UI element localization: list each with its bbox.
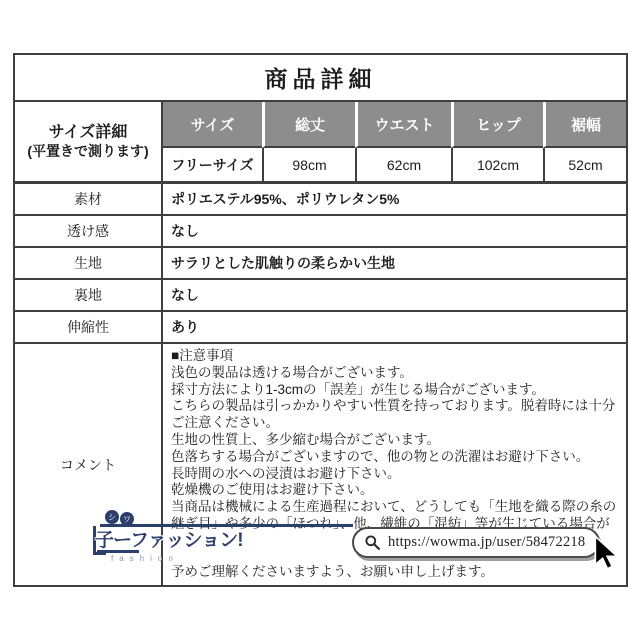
product-detail-table: 商品詳細 サイズ詳細 (平置きで測ります) サイズ 総丈 ウエスト ヒップ 裾幅… — [13, 53, 628, 587]
attr-label: 伸縮性 — [15, 312, 163, 342]
logo-badge-2: ワ — [120, 512, 134, 526]
size-table: サイズ詳細 (平置きで測ります) サイズ 総丈 ウエスト ヒップ 裾幅 フリーサ… — [15, 102, 626, 184]
column-header-length: 総丈 — [262, 102, 355, 148]
attr-label: 素材 — [15, 184, 163, 214]
logo-badge-1: シ — [105, 510, 119, 524]
comment-line: 乾燥機のご使用はお避け下さい。 — [171, 482, 620, 499]
comment-line: こちらの製品は引っかかりやすい性質を持っております。脱着時には十分 — [171, 398, 620, 415]
column-header-waist: ウエスト — [355, 102, 451, 148]
table-row-lining: 裏地 なし — [15, 280, 626, 312]
attr-value: なし — [163, 280, 626, 310]
attr-label: 裏地 — [15, 280, 163, 310]
attr-label: 生地 — [15, 248, 163, 278]
logo-underline — [97, 550, 139, 553]
size-value-size: フリーサイズ — [163, 148, 262, 181]
page-title: 商品詳細 — [265, 61, 377, 94]
shop-url-text: https://wowma.jp/user/58472218 — [388, 534, 585, 551]
column-header-size: サイズ — [163, 102, 262, 148]
comment-line: 浅色の製品は透ける場合がございます。 — [171, 365, 620, 382]
size-value-hip: 102cm — [451, 148, 543, 181]
column-header-hip: ヒップ — [451, 102, 543, 148]
table-row-stretch: 伸縮性 あり — [15, 312, 626, 344]
comment-closing-line: 予めご理解くださいますよう、お願い申し上げます。 — [171, 564, 620, 581]
column-header-hem: 裾幅 — [543, 102, 626, 148]
logo-text: 子ーファッション! — [95, 525, 243, 552]
search-icon — [364, 534, 381, 551]
comment-line: 採寸方法により1-3cmの「誤差」が生じる場合がございます。 — [171, 382, 620, 399]
logo-subtext: fashion — [111, 554, 179, 563]
size-detail-header: サイズ詳細 (平置きで測ります) — [15, 102, 163, 181]
comment-line: 生地の性質上、多少縮む場合がございます。 — [171, 432, 620, 449]
shop-logo: シ ワ 子ーファッション! fashion — [93, 508, 228, 566]
size-detail-note: (平置きで測ります) — [27, 143, 148, 161]
comment-line: 長時間の水への浸漬はお避け下さい。 — [171, 466, 620, 483]
size-value-waist: 62cm — [355, 148, 451, 181]
attr-value: サラリとした肌触りの柔らかい生地 — [163, 248, 626, 278]
attr-value: ポリエステル95%、ポリウレタン5% — [163, 184, 626, 214]
product-detail-sheet: 商品詳細 サイズ詳細 (平置きで測ります) サイズ 総丈 ウエスト ヒップ 裾幅… — [0, 0, 640, 640]
table-row-fabric: 生地 サラリとした肌触りの柔らかい生地 — [15, 248, 626, 280]
size-value-hem: 52cm — [543, 148, 626, 181]
attr-value: なし — [163, 216, 626, 246]
comment-line: ご注意ください。 — [171, 415, 620, 432]
attr-value: あり — [163, 312, 626, 342]
shop-url-bar[interactable]: https://wowma.jp/user/58472218 — [352, 527, 600, 558]
size-detail-title: サイズ詳細 — [49, 123, 128, 143]
comment-line: 色落ちする場合がございますので、他の物との洗濯はお避け下さい。 — [171, 449, 620, 466]
size-value-length: 98cm — [262, 148, 355, 181]
attr-label: 透け感 — [15, 216, 163, 246]
cursor-arrow-icon — [591, 535, 625, 578]
comment-line: ■注意事項 — [171, 348, 620, 365]
table-row-material: 素材 ポリエステル95%、ポリウレタン5% — [15, 184, 626, 216]
comment-line: 当商品は機械による生産過程において、どうしても「生地を織る際の糸の — [171, 499, 620, 516]
table-title-row: 商品詳細 — [15, 55, 626, 102]
table-row-sheerness: 透け感 なし — [15, 216, 626, 248]
